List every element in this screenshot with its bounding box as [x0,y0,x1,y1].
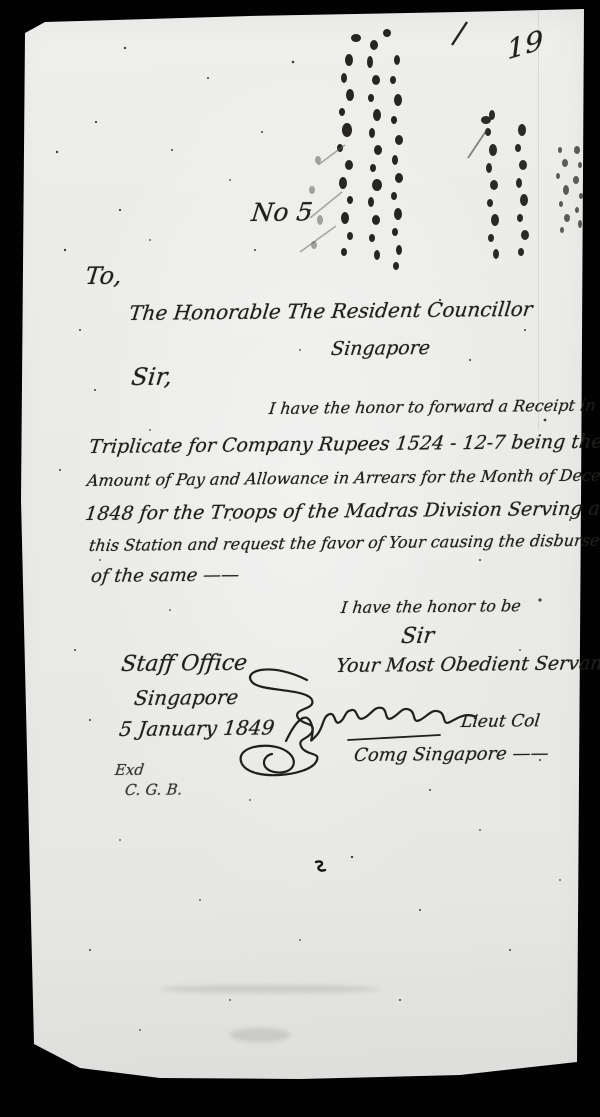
recipient-place: Singapore [330,337,431,360]
ink-bleedthrough-right [0,0,600,1117]
signature-rank: Lieut Col [460,711,541,732]
bottom-smudge-1 [160,985,380,993]
stray-ink-blot [312,858,332,878]
salutation: Sir, [130,363,174,391]
scanned-letter-page: 19 No 5 To, The Honorable The Resident C… [0,0,600,1117]
bottom-smudge-2 [230,1028,290,1042]
signature-command: Comg Singapore —— [353,743,550,766]
signature-flourish [278,696,488,751]
closing-line-2: Sir [400,624,435,649]
recipient-name: The Honorable The Resident Councillor [128,297,534,325]
examined-initials: C. G. B. [124,780,183,799]
recipient-to: To, [84,262,123,290]
closing-line-3: Your Most Obedient Servant [335,652,600,677]
body-line-6: of the same —— [90,564,240,587]
letter-number: No 5 [250,197,314,227]
closing-line-1: I have the honor to be [340,596,522,617]
examined-abbrev: Exd [114,761,145,779]
body-line-1: I have the honor to forward a Receipt in [268,396,597,418]
